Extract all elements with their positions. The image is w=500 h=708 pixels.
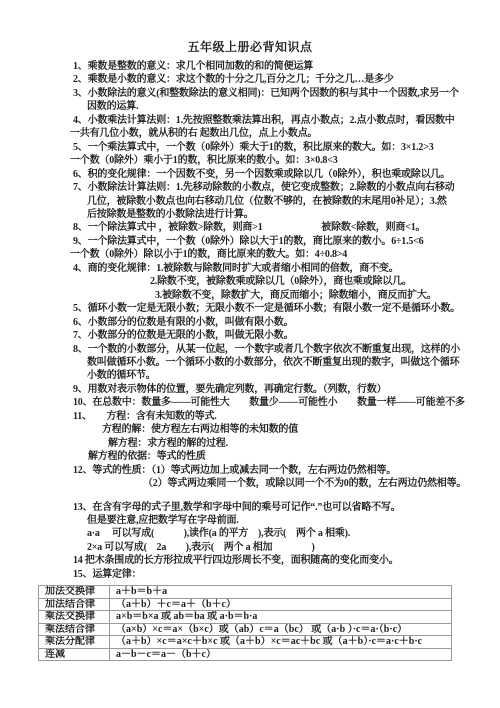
note-line: 8、一个除法算式中 ，被除数>除数，则商>1 被除数<除数，则商<1。 — [0, 221, 500, 234]
law-formula: a＋b＝b＋a — [110, 586, 452, 599]
law-name: 乘法交换律 — [39, 611, 110, 624]
note-line: a·a 可以写成( ),读作(a 的平方 ),表示( 两个 a 相乘). — [0, 527, 500, 540]
law-row: 乘法结合律 （a×b）×c＝a×（b×c）或（ab）c＝a（bc） 或（a·b … — [39, 623, 452, 636]
law-name: 加法结合律 — [39, 598, 110, 611]
law-row: 乘法分配律 （a＋b）×c＝a×c＋b×c 或（a＋b）×c＝ac＋bc 或（a… — [39, 636, 452, 649]
note-line: 15、运算定律： — [0, 568, 500, 581]
notes-list: 1、乘数是整数的意义：求几个相同加数的和的简便运算 2、乘数是小数的意义：求这个… — [0, 60, 500, 581]
document-page: 五年级上册必背知识点 1、乘数是整数的意义：求几个相同加数的和的简便运算 2、乘… — [0, 0, 500, 708]
note-line: 11、 方程：含有未知数的等式. — [0, 410, 500, 423]
note-line: 6、小数部分的位数是有限的小数，叫做有限小数。 — [0, 316, 500, 329]
law-formula: a×b＝b×a 或 ab＝ba 或 a·b＝b·a — [110, 611, 452, 624]
page-title: 五年级上册必背知识点 — [0, 40, 500, 54]
note-line: 一个数（0除外）除以小于1的数，商比原来的数大。如：4÷0.8>4 — [0, 248, 500, 261]
law-formula: （a×b）×c＝a×（b×c）或（ab）c＝a（bc） 或（a·b ）·c＝a·… — [110, 623, 452, 636]
note-line: 1、乘数是整数的意义：求几个相同加数的和的简便运算 — [0, 60, 500, 73]
law-name: 乘法结合律 — [39, 623, 110, 636]
note-line: 2.除数不变，被除数乘或除以几（0除外），商也乘或除以几。 — [0, 275, 500, 288]
note-line: 一个数（0除外）乘小于1的数，积比原来的数小。如：3×0.8<3 — [0, 154, 500, 167]
note-line: 后按除数是整数的小数除法进行计算。 — [0, 208, 500, 221]
note-line: 8、一个数的小数部分，从某一位起，一个数字或者几个数字依次不断重复出现，这样的小 — [0, 343, 500, 356]
note-line: 解方程：求方程的解的过程. — [0, 437, 500, 450]
note-line: 3.被除数不变，除数扩大，商反而缩小；除数缩小，商反而扩大。 — [0, 289, 500, 302]
note-line: 解方程的依据：等式的性质 — [0, 450, 500, 463]
law-formula: （a＋b）＋c＝a＋（b＋c） — [110, 598, 452, 611]
note-line: 4、商的变化规律：1.被除数与除数同时扩大或者缩小相同的倍数，商不变。 — [0, 262, 500, 275]
note-line: 2、乘数是小数的意义：求这个数的十分之几,百分之几；千分之几…是多少 — [0, 73, 500, 86]
note-line: 5、一个乘法算式中，一个数（0除外）乘大于1的数，积比原来的数大。如：3×1.2… — [0, 141, 500, 154]
note-line: 6、积的变化规律：一个因数不变，另一个因数乘或除以几（0除外），积也乘或除以几。 — [0, 168, 500, 181]
note-line: 13、在含有字母的式子里,数学和字母中间的乘号可记作“.”也可以省略不写。 — [0, 501, 500, 514]
note-line: 7、小数部分的位数是无限的小数，叫做无限小数。 — [0, 329, 500, 342]
note-line: 12、等式的性质：（1）等式两边加上或减去同一个数，左右两边仍然相等。 — [0, 464, 500, 477]
note-line: 14 把木条围成的长方形拉成平行四边形周长不变，面积随高的变化而变小。 — [0, 554, 500, 567]
note-line: 7、小数除法计算法则：1.先移动除数的小数点，使它变成整数；2.除数的小数点向右… — [0, 181, 500, 194]
note-line: （2）等式两边乘同一个数，或除以同一个不为0的数，左右两边仍然相等。 — [0, 477, 500, 490]
note-line: 方程的解：使方程左右两边相等的未知数的值 — [0, 423, 500, 436]
note-line: 10、在总数中：数量多——可能性大 数量少——可能性小 数量一样——可能差不多 — [0, 396, 500, 409]
law-row: 连减 a－b－c＝a－（b＋c） — [39, 648, 452, 661]
law-name: 乘法分配律 — [39, 636, 110, 649]
note-line: 3、小数除法的意义(和整数除法的意义相同)：已知两个因数的积与其中一个因数,求另… — [0, 87, 500, 100]
note-line: 9、一个除法算式中，一个数（0除外）除以大于1的数，商比原来的数小。6÷1.5<… — [0, 235, 500, 248]
note-line: 小数的循环节。 — [0, 369, 500, 382]
note-line: 数叫做循环小数。一个循环小数的小数部分，依次不断重复出现的数字，叫做这个循环 — [0, 356, 500, 369]
note-line: 一共有几位小数，就从积的右 起数出几位，点上小数点。 — [0, 127, 500, 140]
operation-laws-table: 加法交换律 a＋b＝b＋a 加法结合律 （a＋b）＋c＝a＋（b＋c） 乘法交换… — [38, 585, 452, 661]
note-line: 9、用数对表示物体的位置，要先确定列数，再确定行数。（列数，行数） — [0, 383, 500, 396]
note-line: 4、小数乘法计算法则：1.先按照整数乘法算出积，再点小数点；2.点小数点时，看因… — [0, 114, 500, 127]
note-line: 5、循环小数一定是无限小数；无限小数不一定是循环小数；有限小数一定不是循环小数。 — [0, 302, 500, 315]
law-name: 连减 — [39, 648, 110, 661]
law-row: 乘法交换律 a×b＝b×a 或 ab＝ba 或 a·b＝b·a — [39, 611, 452, 624]
law-formula: （a＋b）×c＝a×c＋b×c 或（a＋b）×c＝ac＋bc 或（a＋b）·c＝… — [110, 636, 452, 649]
law-row: 加法结合律 （a＋b）＋c＝a＋（b＋c） — [39, 598, 452, 611]
law-row: 加法交换律 a＋b＝b＋a — [39, 586, 452, 599]
law-name: 加法交换律 — [39, 586, 110, 599]
note-line: 几位，被除数小数点也向右移动几位（位数不够的，在被除数的末尾用0补足）；3.然 — [0, 195, 500, 208]
note-line: 但是要注意,应把数学写在字母前面. — [0, 514, 500, 527]
note-line: 因数的运算. — [0, 100, 500, 113]
law-formula: a－b－c＝a－（b＋c） — [110, 648, 452, 661]
note-line: 2×a 可以写成( 2a ),表示( 两个 a 相加 ) — [0, 541, 500, 554]
